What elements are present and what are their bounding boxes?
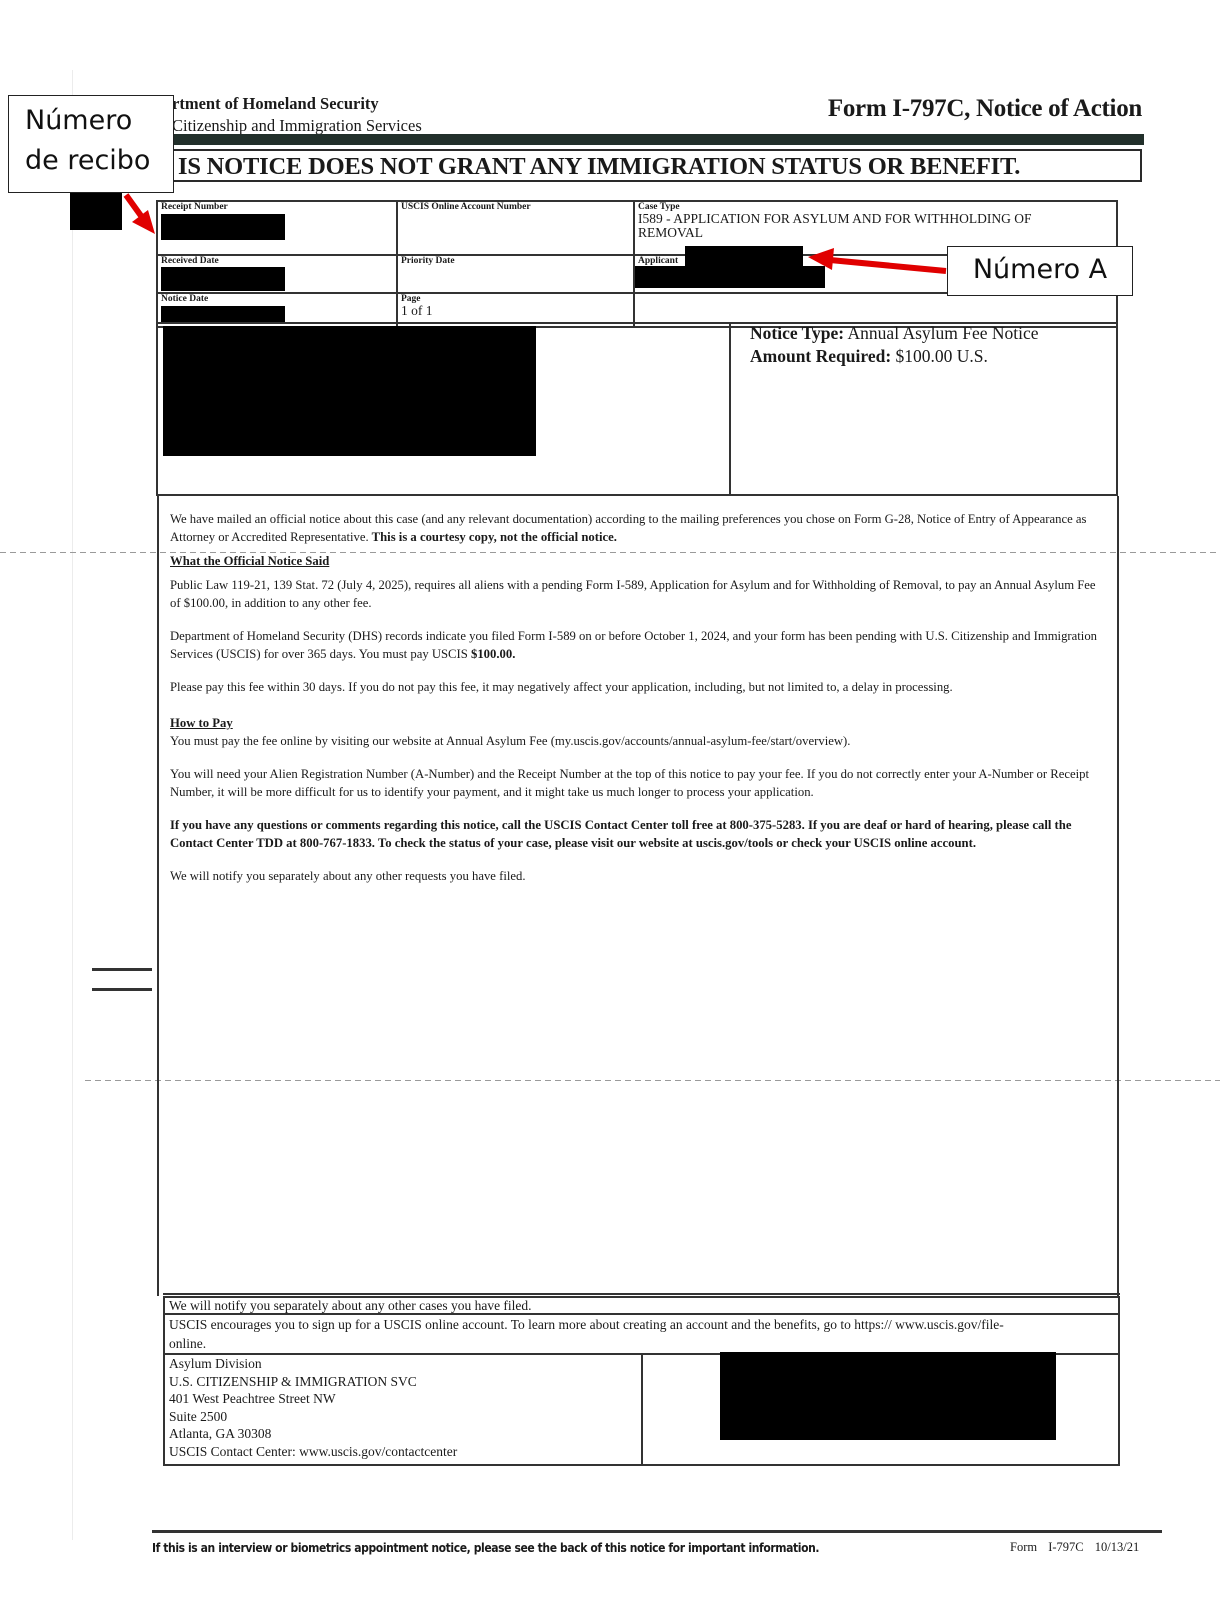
arrow-icon [126, 195, 155, 234]
annotation-arrows [0, 0, 1220, 1610]
arrow-icon [808, 248, 946, 271]
